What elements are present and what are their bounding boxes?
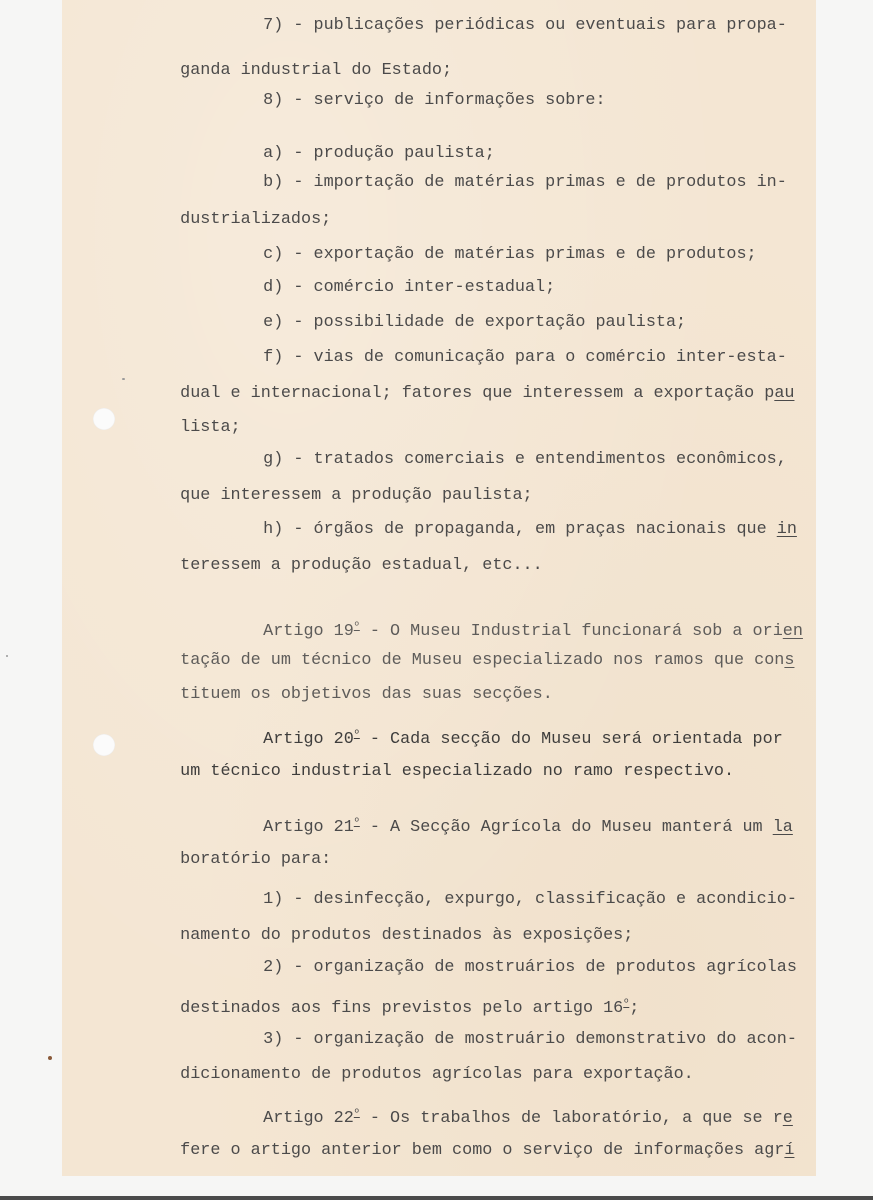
line-text: um técnico industrial especializado no r… xyxy=(180,762,734,781)
hyphenation-underline: la xyxy=(773,818,793,837)
sub-item-f: f) - vias de comunicação para o comércio… xyxy=(243,328,787,368)
punch-hole-top xyxy=(93,408,115,430)
line-text: 8) - serviço de informações sobre: xyxy=(263,91,605,110)
hyphenation-underline: s xyxy=(784,651,794,670)
sub-item-f-continuation: dual e internacional; fatores que intere… xyxy=(160,364,794,404)
line-text: dual e internacional; fatores que intere… xyxy=(180,384,774,403)
article-22-continuation: fere o artigo anterior bem como o serviç… xyxy=(160,1121,794,1161)
margin-speck xyxy=(122,378,125,380)
article-20-continuation: um técnico industrial especializado no r… xyxy=(160,742,734,782)
line-text: tituem os objetivos das suas secções. xyxy=(180,685,553,704)
sub-item-g: g) - tratados comerciais e entendimentos… xyxy=(243,430,787,470)
line-text: b) - importação de matérias primas e de … xyxy=(263,173,787,192)
sub-item-e: e) - possibilidade de exportação paulist… xyxy=(243,293,686,333)
sub-item-b-continuation: dustrializados; xyxy=(160,190,331,230)
sub-item-h: h) - órgãos de propaganda, em praças nac… xyxy=(243,500,797,540)
line-text: lista; xyxy=(180,418,240,437)
sub-item-h-continuation: teressem a produção estadual, etc... xyxy=(160,536,543,576)
scanner-edge xyxy=(0,1196,873,1200)
hyphenation-underline: au xyxy=(774,384,794,403)
sub-item-d: d) - comércio inter-estadual; xyxy=(243,258,555,298)
article-21-item-1: 1) - desinfecção, expurgo, classificação… xyxy=(243,870,797,910)
line-text: - A Secção Agrícola do Museu manterá um xyxy=(360,818,773,837)
hyphenation-underline: í xyxy=(784,1141,794,1160)
hyphenation-underline: in xyxy=(777,520,797,539)
article-21-item-3: 3) - organização de mostruário demonstra… xyxy=(243,1010,797,1050)
margin-speck xyxy=(6,655,8,657)
article-19-continuation-2: tituem os objetivos das suas secções. xyxy=(160,665,553,705)
margin-speck xyxy=(48,1056,52,1060)
article-21-item-3-continuation: dicionamento de produtos agrícolas para … xyxy=(160,1045,694,1085)
punch-hole-bottom xyxy=(93,734,115,756)
list-item-8: 8) - serviço de informações sobre: xyxy=(243,71,606,111)
article-21-item-2: 2) - organização de mostruários de produ… xyxy=(243,938,797,978)
sub-item-f-continuation-2: lista; xyxy=(160,398,241,438)
line-text: 7) - publicações periódicas ou eventuais… xyxy=(263,16,787,35)
line-text: fere o artigo anterior bem como o serviç… xyxy=(180,1141,784,1160)
sub-item-b: b) - importação de matérias primas e de … xyxy=(243,153,787,193)
list-item-7: 7) - publicações periódicas ou eventuais… xyxy=(243,0,787,36)
article-21-continuation: boratório para: xyxy=(160,830,331,870)
line-text: teressem a produção estadual, etc... xyxy=(180,556,543,575)
line-text: dicionamento de produtos agrícolas para … xyxy=(180,1065,694,1084)
line-text: boratório para: xyxy=(180,850,331,869)
